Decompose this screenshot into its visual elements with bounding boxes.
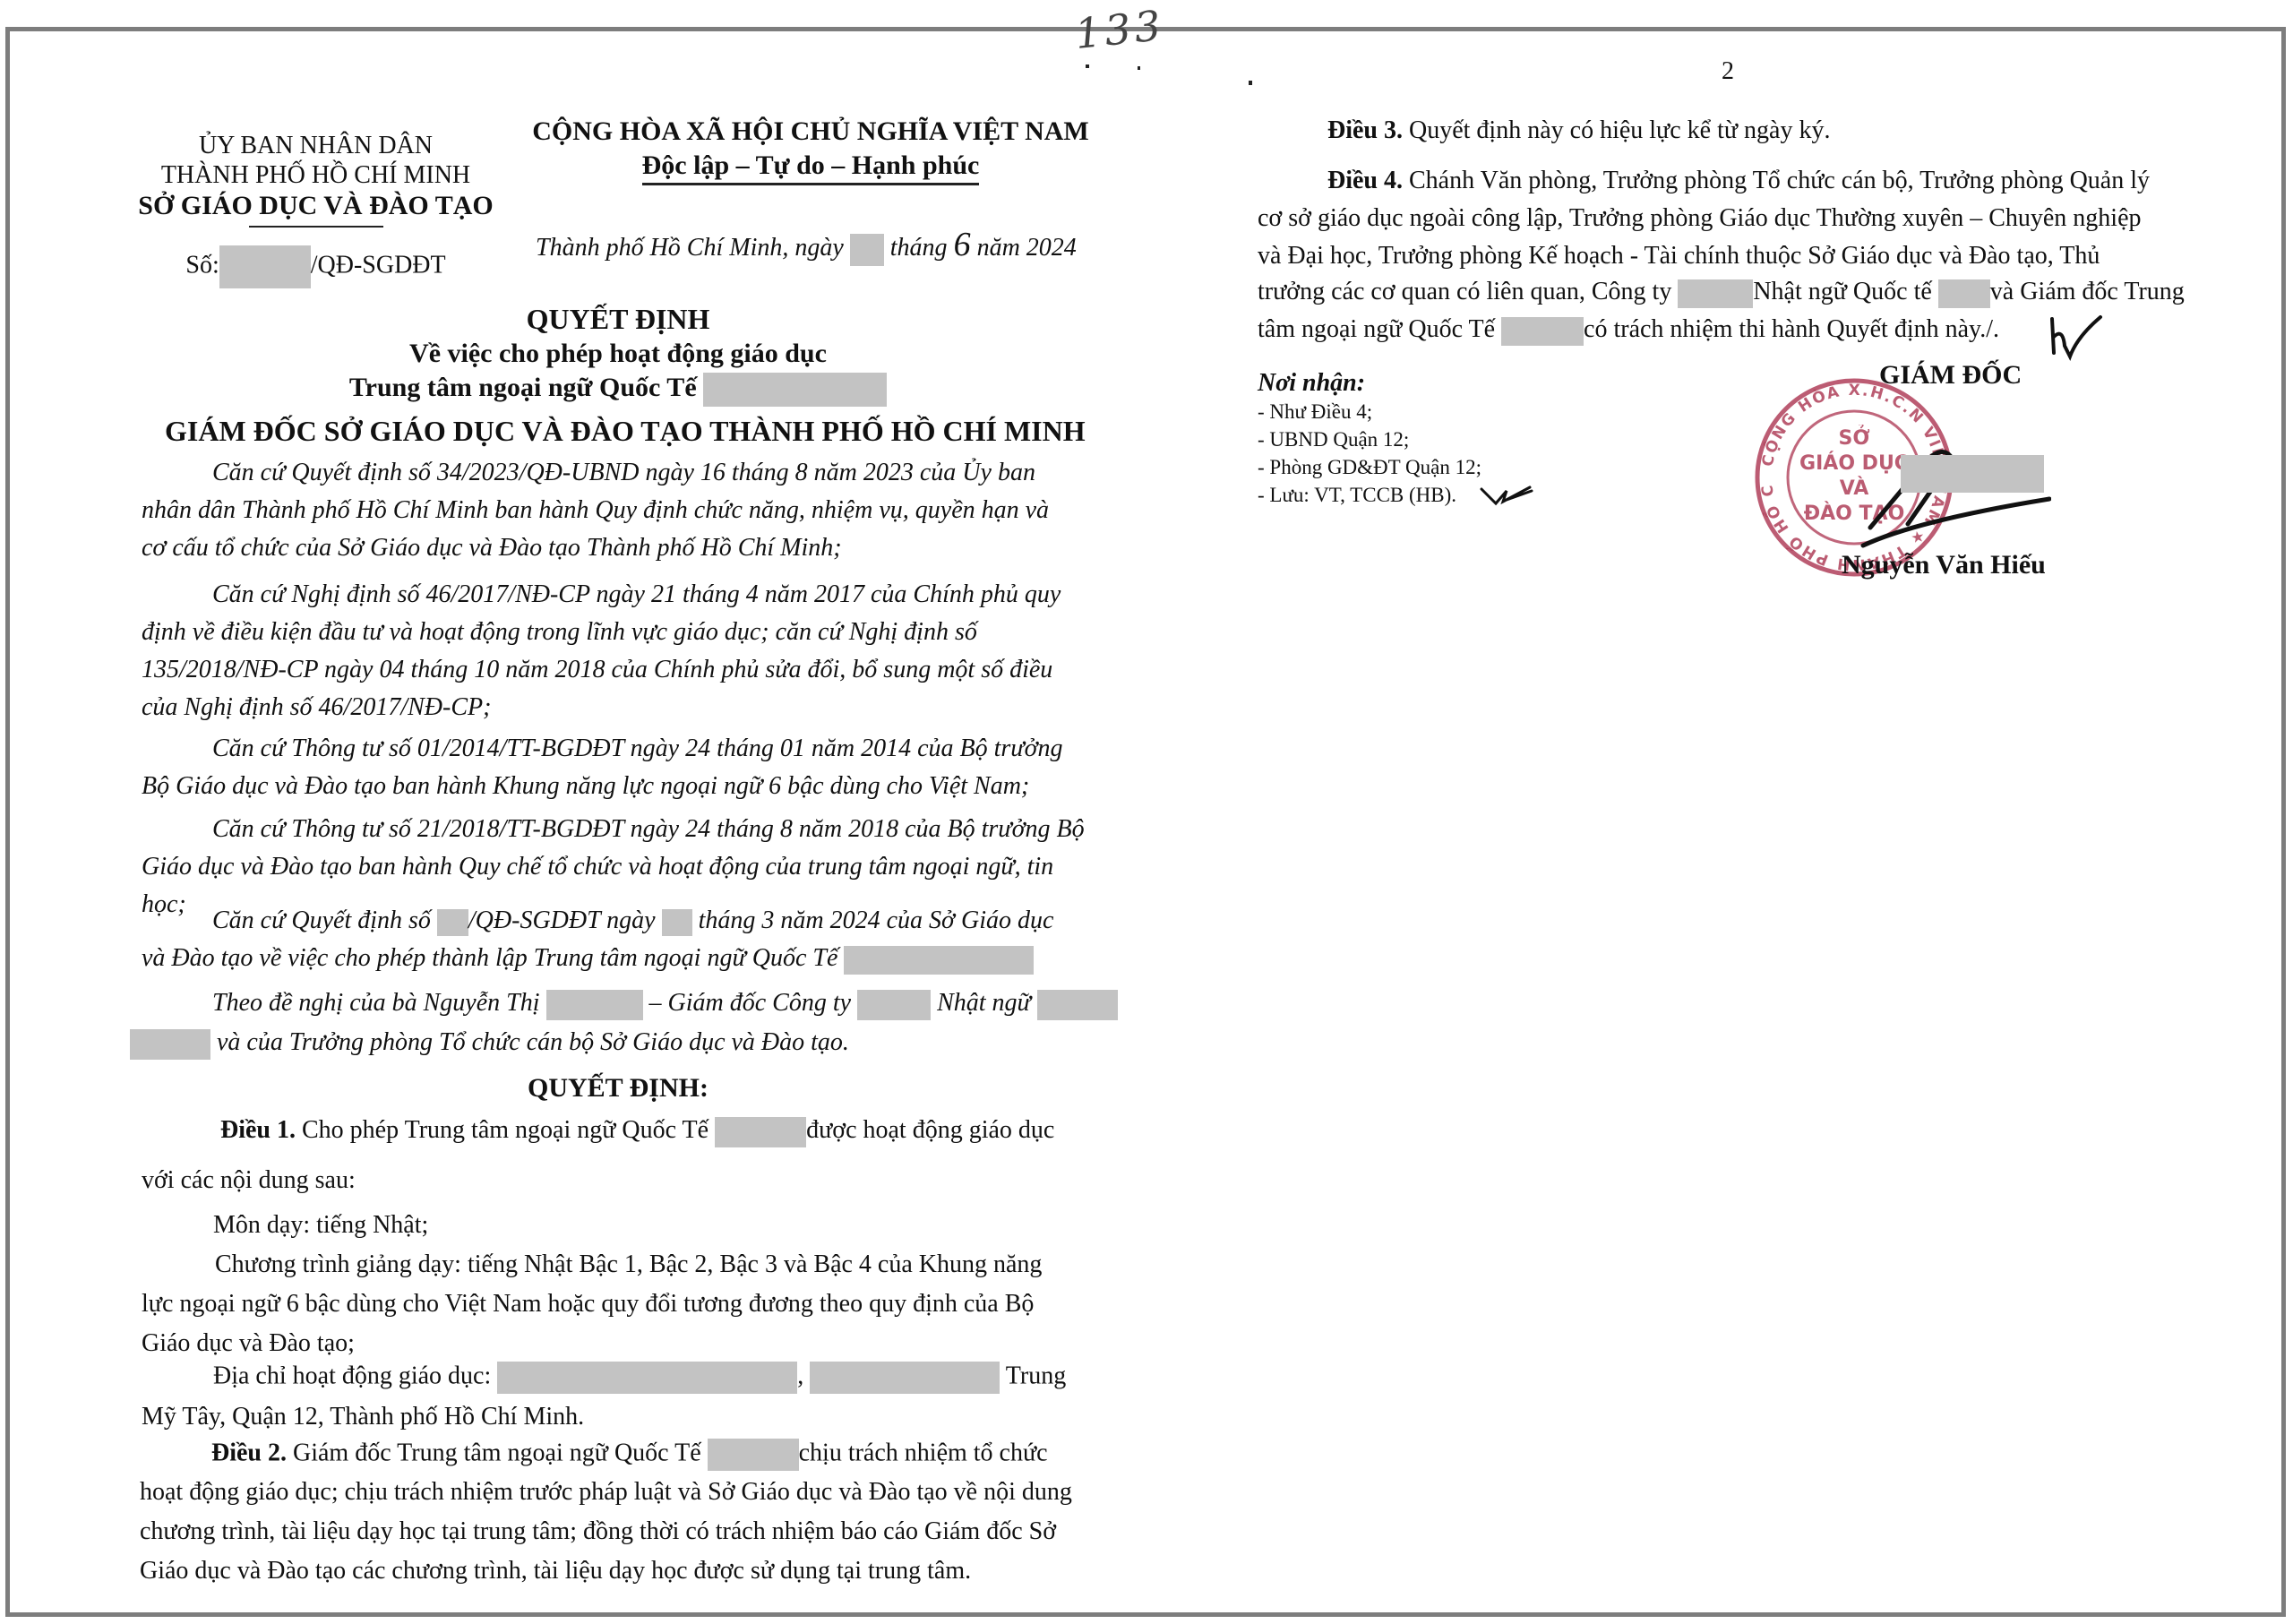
text: Giám đốc Trung tâm ngoại ngữ Quốc Tế bbox=[293, 1439, 701, 1466]
text: Cho phép Trung tâm ngoại ngữ Quốc Tế bbox=[302, 1116, 709, 1144]
text: Theo đề nghị của bà Nguyễn Thị bbox=[212, 989, 540, 1017]
scan-speck bbox=[1249, 81, 1252, 85]
decision-subject-1: Về việc cho phép hoạt động giáo dục bbox=[224, 337, 1012, 371]
redaction-box bbox=[1901, 455, 2044, 493]
article-4-label: Điều 4. bbox=[1327, 167, 1403, 194]
redaction-box bbox=[810, 1362, 1000, 1394]
number-prefix: Số: bbox=[185, 251, 219, 279]
text: tâm ngoại ngữ Quốc Tế bbox=[1258, 315, 1495, 343]
authority-heading: GIÁM ĐỐC SỞ GIÁO DỤC VÀ ĐÀO TẠO THÀNH PH… bbox=[165, 415, 1086, 448]
article-4-line-3: và Đại học, Trưởng phòng Kế hoạch - Tài … bbox=[1258, 242, 2100, 271]
handwritten-number: 133 bbox=[1072, 1, 1166, 58]
redaction-box bbox=[219, 245, 311, 288]
article-1-line-2: với các nội dung sau: bbox=[142, 1166, 356, 1195]
decision-subject-2: Trung tâm ngoại ngữ Quốc Tế bbox=[224, 371, 1012, 407]
date-prefix: Thành phố Hồ Chí Minh, ngày bbox=[536, 234, 844, 262]
issuer-line-1: ỦY BAN NHÂN DÂN bbox=[125, 131, 506, 160]
preamble-1-line-2: nhân dân Thành phố Hồ Chí Minh ban hành … bbox=[142, 496, 1049, 525]
redaction-box bbox=[497, 1362, 797, 1394]
program-line-1: Chương trình giảng dạy: tiếng Nhật Bậc 1… bbox=[215, 1250, 1042, 1279]
recipient-item: - Phòng GD&ĐT Quận 12; bbox=[1258, 453, 1481, 481]
preamble-1-line-1: Căn cứ Quyết định số 34/2023/QĐ-UBND ngà… bbox=[212, 459, 1035, 487]
date-month: 6 bbox=[954, 226, 971, 263]
issuer-underline bbox=[249, 226, 383, 228]
recipients-block: Nơi nhận: - Như Điều 4;- UBND Quận 12;- … bbox=[1258, 369, 1481, 509]
preamble-5-line-1: Căn cứ Quyết định số /QĐ-SGDĐT ngày thán… bbox=[212, 907, 1053, 936]
redaction-box bbox=[708, 1439, 799, 1471]
preamble-6-line-1: Theo đề nghị của bà Nguyễn Thị – Giám đố… bbox=[212, 989, 1118, 1020]
text: Nhật ngữ bbox=[937, 989, 1031, 1017]
article-4-line-2: cơ sở giáo dục ngoài công lập, Trưởng ph… bbox=[1258, 204, 2142, 233]
redaction-box bbox=[715, 1117, 806, 1147]
article-4-line-5: tâm ngoại ngữ Quốc Tế có trách nhiệm thi… bbox=[1258, 315, 1999, 346]
text: Căn cứ Quyết định số bbox=[212, 907, 431, 934]
signature-icon bbox=[1845, 434, 2051, 560]
decision-title: QUYẾT ĐỊNH bbox=[224, 301, 1012, 337]
decision-title-block: QUYẾT ĐỊNH Về việc cho phép hoạt động gi… bbox=[224, 301, 1012, 407]
decision-heading: QUYẾT ĐỊNH: bbox=[224, 1073, 1012, 1104]
country-name: CỘNG HÒA XÃ HỘI CHỦ NGHĨA VIỆT NAM bbox=[520, 115, 1102, 149]
preamble-4-line-2: Giáo dục và Đào tạo ban hành Quy chế tổ … bbox=[142, 853, 1053, 881]
recipient-item: - UBND Quận 12; bbox=[1258, 425, 1481, 453]
preamble-4-line-3: học; bbox=[142, 890, 186, 919]
article-3: Điều 3. Quyết định này có hiệu lực kể từ… bbox=[1327, 116, 1830, 145]
text: Trung bbox=[1006, 1362, 1066, 1389]
signer-name: Nguyễn Văn Hiếu bbox=[1842, 550, 2046, 580]
date-month-label: tháng bbox=[890, 234, 948, 262]
program-line-2: lực ngoại ngữ 6 bậc dùng cho Việt Nam ho… bbox=[142, 1290, 1034, 1319]
text: chịu trách nhiệm tổ chức bbox=[799, 1439, 1048, 1466]
article-2-line-2: hoạt động giáo dục; chịu trách nhiệm trư… bbox=[140, 1478, 1072, 1507]
article-2-line-4: Giáo dục và Đào tạo các chương trình, tà… bbox=[140, 1557, 971, 1585]
scan-speck bbox=[1138, 66, 1140, 70]
preamble-6-line-2: và của Trưởng phòng Tổ chức cán bộ Sở Gi… bbox=[130, 1028, 849, 1060]
preamble-5-line-2: và Đào tạo về việc cho phép thành lập Tr… bbox=[142, 944, 1034, 975]
article-1-label: Điều 1. bbox=[220, 1116, 296, 1144]
date-year: năm 2024 bbox=[977, 234, 1077, 262]
redaction-box bbox=[844, 946, 1034, 975]
document-number: Số:/QĐ-SGDĐT bbox=[125, 245, 506, 288]
text: Địa chỉ hoạt động giáo dục: bbox=[213, 1362, 491, 1389]
preamble-1-line-3: cơ cấu tổ chức của Sở Giáo dục và Đào tạ… bbox=[142, 534, 842, 563]
issue-date: Thành phố Hồ Chí Minh, ngày tháng 6 năm … bbox=[520, 225, 1102, 266]
text: và Giám đốc Trung bbox=[1990, 278, 2185, 305]
redaction-box bbox=[1037, 990, 1118, 1020]
issuer-line-2: THÀNH PHỐ HỒ CHÍ MINH bbox=[125, 160, 506, 190]
article-1-line-1: Điều 1. Cho phép Trung tâm ngoại ngữ Quố… bbox=[220, 1116, 1054, 1147]
preamble-2-line-1: Căn cứ Nghị định số 46/2017/NĐ-CP ngày 2… bbox=[212, 580, 1061, 609]
preamble-3-line-2: Bộ Giáo dục và Đào tạo ban hành Khung nă… bbox=[142, 772, 1029, 801]
subject-line: Môn dạy: tiếng Nhật; bbox=[213, 1211, 428, 1240]
program-line-3: Giáo dục và Đào tạo; bbox=[142, 1329, 355, 1358]
text: /QĐ-SGDĐT ngày bbox=[468, 907, 656, 934]
text: Quyết định này có hiệu lực kể từ ngày ký… bbox=[1409, 116, 1830, 144]
redaction-box bbox=[1678, 279, 1753, 308]
text: Chánh Văn phòng, Trưởng phòng Tổ chức cá… bbox=[1409, 167, 2150, 194]
scan-speck bbox=[1086, 64, 1089, 68]
page-number: 2 bbox=[1722, 57, 1734, 86]
preamble-2-line-2: định về điều kiện đầu tư và hoạt động tr… bbox=[142, 618, 977, 647]
center-name-label: Trung tâm ngoại ngữ Quốc Tế bbox=[349, 373, 697, 402]
redaction-box bbox=[662, 909, 692, 936]
text: được hoạt động giáo dục bbox=[806, 1116, 1054, 1144]
address-line-1: Địa chỉ hoạt động giáo dục: , Trung bbox=[213, 1362, 1066, 1394]
redaction-box bbox=[850, 234, 884, 266]
preamble-2-line-3: 135/2018/NĐ-CP ngày 04 tháng 10 năm 2018… bbox=[142, 656, 1052, 684]
text: và Đào tạo về việc cho phép thành lập Tr… bbox=[142, 944, 837, 972]
check-mark-icon bbox=[1480, 482, 1533, 509]
preamble-3-line-1: Căn cứ Thông tư số 01/2014/TT-BGDĐT ngày… bbox=[212, 735, 1063, 763]
motto: Độc lập – Tự do – Hạnh phúc bbox=[642, 149, 980, 185]
redaction-box bbox=[546, 990, 643, 1020]
redaction-box bbox=[857, 990, 931, 1020]
issuer-block: ỦY BAN NHÂN DÂN THÀNH PHỐ HỒ CHÍ MINH SỞ… bbox=[125, 131, 506, 288]
redaction-box bbox=[703, 373, 887, 407]
number-suffix: /QĐ-SGDĐT bbox=[311, 251, 446, 279]
redaction-box bbox=[1501, 317, 1584, 346]
preamble-2-line-4: của Nghị định số 46/2017/NĐ-CP; bbox=[142, 693, 491, 722]
text: tháng 3 năm 2024 của Sở Giáo dục bbox=[699, 907, 1054, 934]
national-header: CỘNG HÒA XÃ HỘI CHỦ NGHĨA VIỆT NAM Độc l… bbox=[520, 115, 1102, 266]
text: và của Trưởng phòng Tổ chức cán bộ Sở Gi… bbox=[217, 1028, 849, 1056]
text: có trách nhiệm thi hành Quyết định này./… bbox=[1584, 315, 1999, 343]
article-4-line-4: trưởng các cơ quan có liên quan, Công ty… bbox=[1258, 278, 2185, 308]
article-3-label: Điều 3. bbox=[1327, 116, 1403, 144]
issuer-department: SỞ GIÁO DỤC VÀ ĐÀO TẠO bbox=[125, 190, 506, 222]
redaction-box bbox=[1938, 279, 1990, 308]
redaction-box bbox=[437, 909, 468, 936]
address-line-2: Mỹ Tây, Quận 12, Thành phố Hồ Chí Minh. bbox=[142, 1403, 584, 1431]
preamble-4-line-1: Căn cứ Thông tư số 21/2018/TT-BGDĐT ngày… bbox=[212, 815, 1085, 844]
article-2-label: Điều 2. bbox=[211, 1439, 287, 1466]
recipient-item: - Như Điều 4; bbox=[1258, 398, 1481, 425]
text: trưởng các cơ quan có liên quan, Công ty bbox=[1258, 278, 1671, 305]
recipient-item: - Lưu: VT, TCCB (HB). bbox=[1258, 481, 1481, 509]
article-2-line-1: Điều 2. Giám đốc Trung tâm ngoại ngữ Quố… bbox=[211, 1439, 1048, 1471]
article-2-line-3: chương trình, tài liệu dạy học tại trung… bbox=[140, 1517, 1056, 1546]
initials-mark-icon bbox=[2047, 310, 2109, 364]
text: – Giám đốc Công ty bbox=[649, 989, 852, 1017]
text: Nhật ngữ Quốc tế bbox=[1753, 278, 1931, 305]
article-4-line-1: Điều 4. Chánh Văn phòng, Trưởng phòng Tổ… bbox=[1327, 167, 2150, 195]
redaction-box bbox=[130, 1029, 210, 1060]
recipients-label: Nơi nhận: bbox=[1258, 369, 1481, 398]
recipients-list: - Như Điều 4;- UBND Quận 12;- Phòng GD&Đ… bbox=[1258, 398, 1481, 509]
